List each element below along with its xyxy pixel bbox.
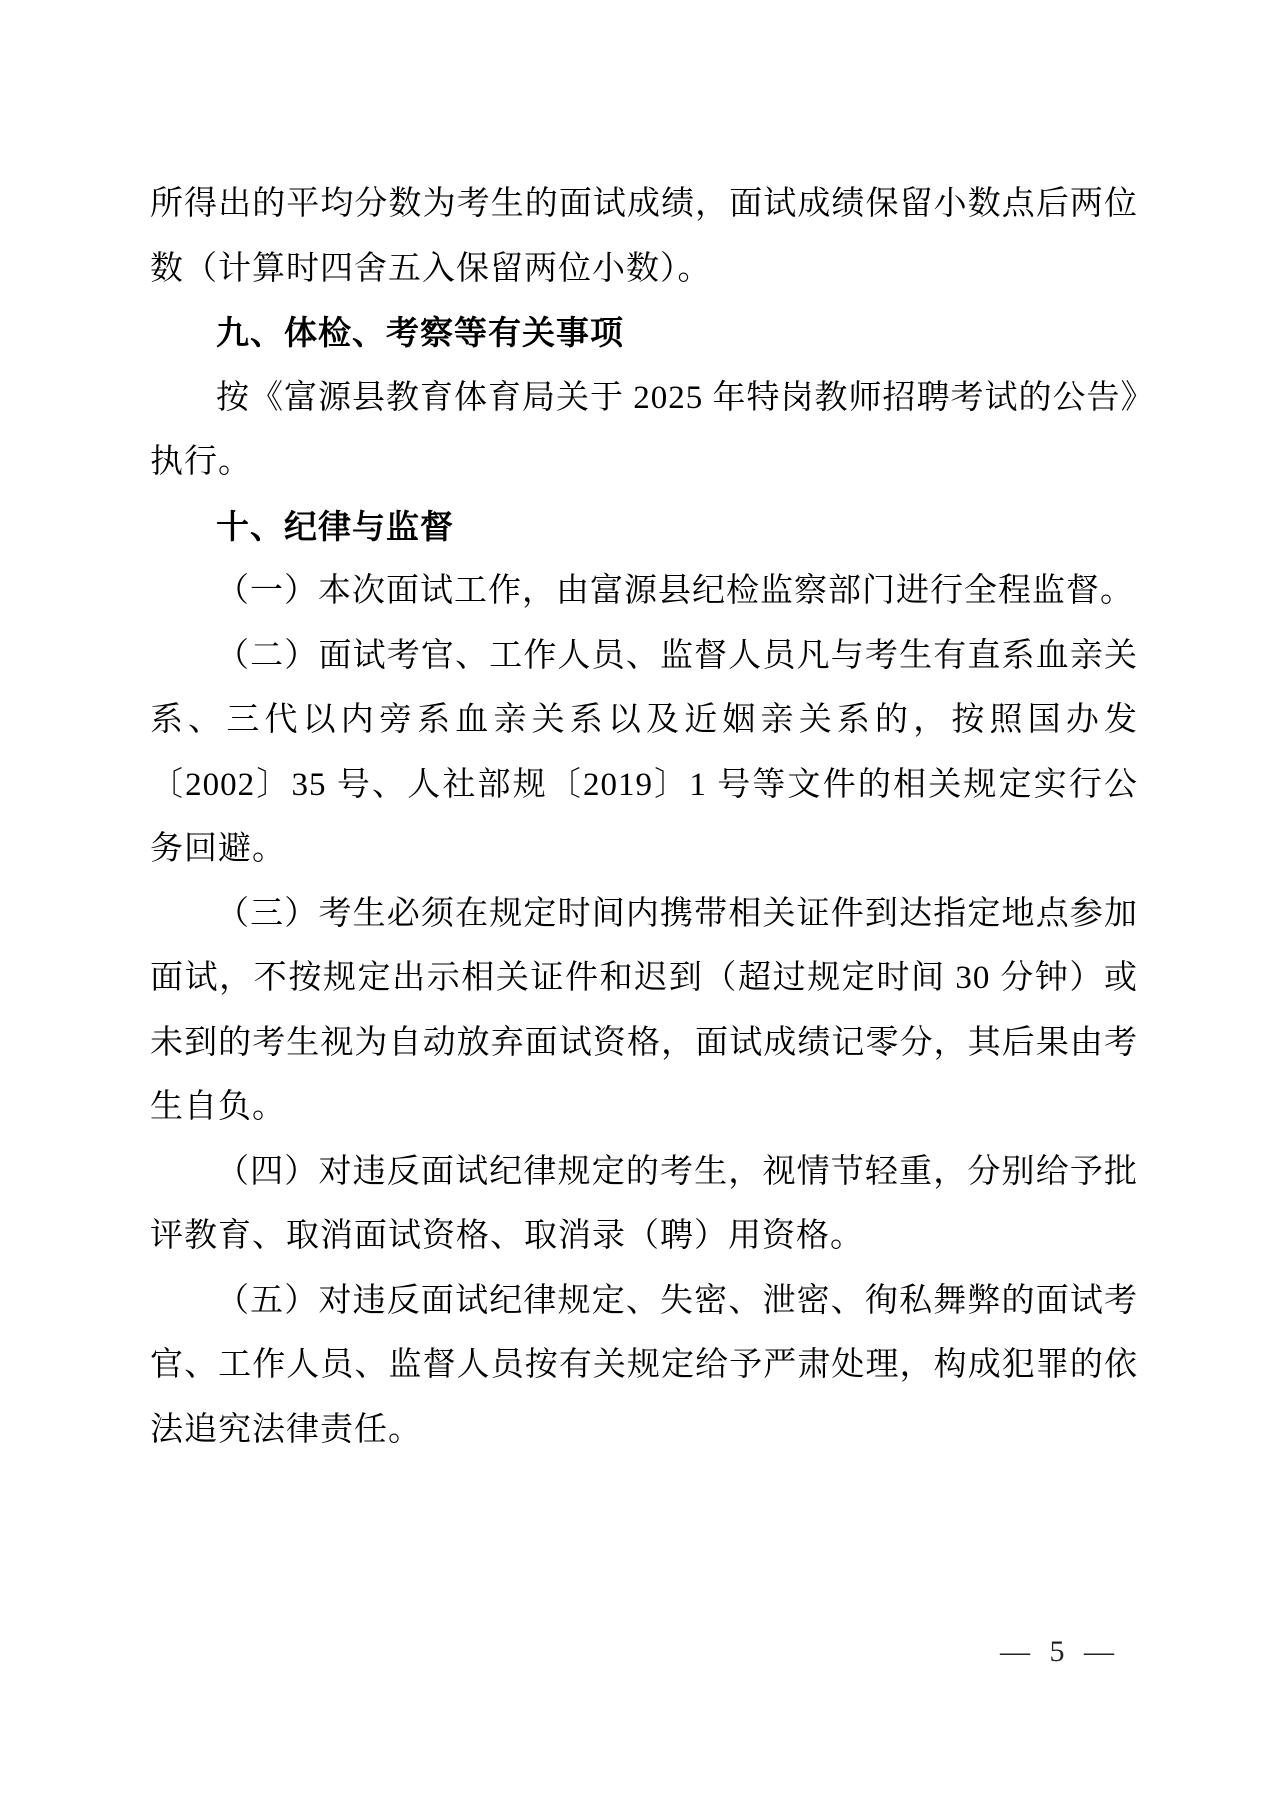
section-heading-nine: 九、体检、考察等有关事项	[150, 301, 1138, 366]
section-heading-ten: 十、纪律与监督	[150, 495, 1138, 560]
paragraph-clause-one: （一）本次面试工作，由富源县纪检监察部门进行全程监督。	[150, 559, 1138, 624]
document-page: 所得出的平均分数为考生的面试成绩，面试成绩保留小数点后两位数（计算时四舍五入保留…	[0, 0, 1280, 1810]
paragraph-score-average: 所得出的平均分数为考生的面试成绩，面试成绩保留小数点后两位数（计算时四舍五入保留…	[150, 172, 1138, 301]
paragraph-clause-two: （二）面试考官、工作人员、监督人员凡与考生有直系血亲关系、三代以内旁系血亲关系以…	[150, 624, 1138, 882]
page-number: — 5 —	[1000, 1632, 1120, 1672]
paragraph-clause-four: （四）对违反面试纪律规定的考生，视情节轻重，分别给予批评教育、取消面试资格、取消…	[150, 1140, 1138, 1269]
paragraph-clause-three: （三）考生必须在规定时间内携带相关证件到达指定地点参加面试，不按规定出示相关证件…	[150, 882, 1138, 1140]
paragraph-health-check: 按《富源县教育体育局关于 2025 年特岗教师招聘考试的公告》执行。	[150, 366, 1138, 495]
paragraph-clause-five: （五）对违反面试纪律规定、失密、泄密、徇私舞弊的面试考官、工作人员、监督人员按有…	[150, 1269, 1138, 1463]
document-body: 所得出的平均分数为考生的面试成绩，面试成绩保留小数点后两位数（计算时四舍五入保留…	[150, 172, 1138, 1462]
